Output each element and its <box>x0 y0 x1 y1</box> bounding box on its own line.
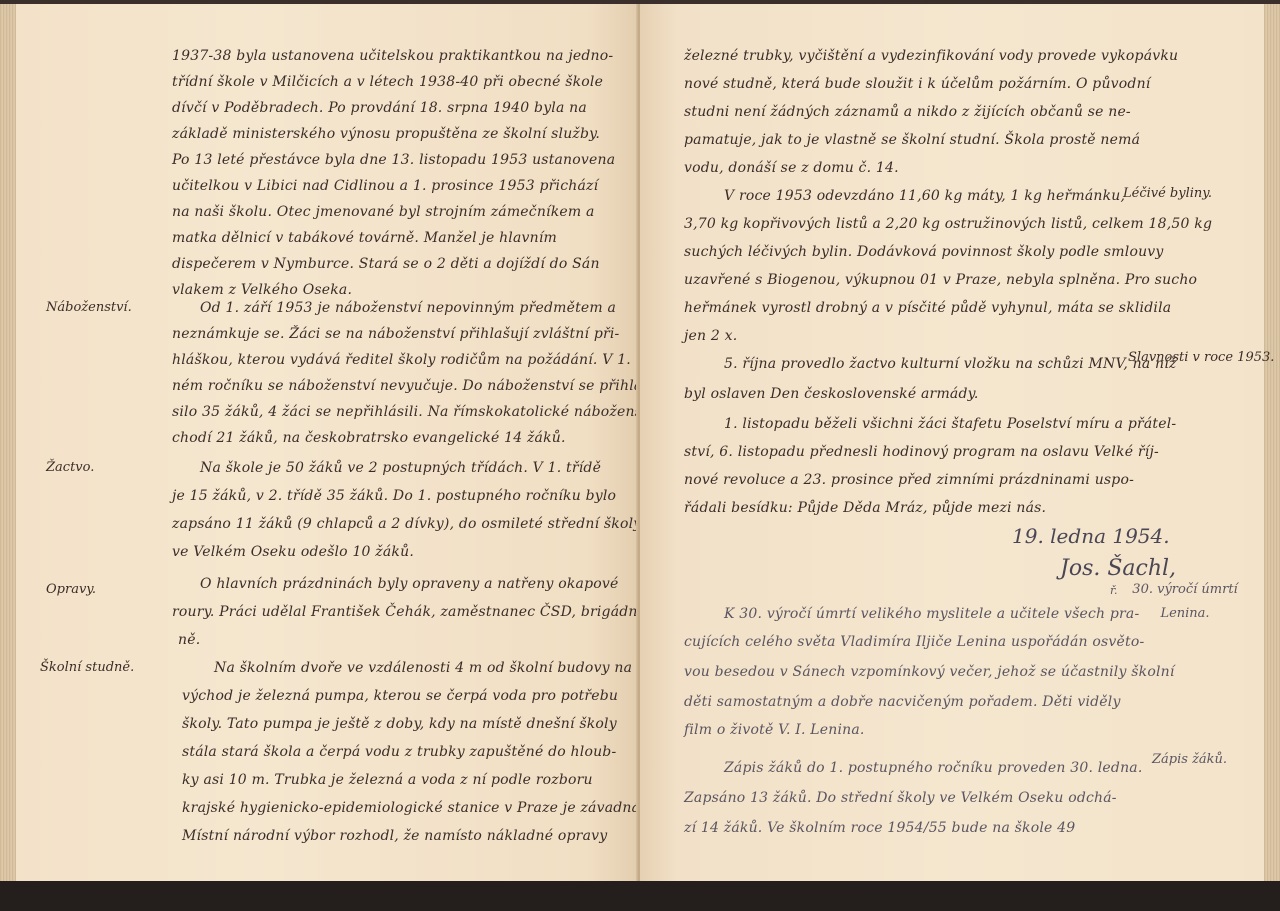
text-line: ném ročníku se náboženství nevyučuje. Do… <box>172 378 647 394</box>
text-line: je 15 žáků, v 2. třídě 35 žáků. Do 1. po… <box>172 488 616 504</box>
text-line: ně. <box>178 632 200 648</box>
margin-note-opravy: Opravy. <box>46 582 96 597</box>
left-page-edge <box>0 4 16 882</box>
text-line: železné trubky, vyčištění a vydezinfikov… <box>684 48 1178 64</box>
margin-note-vyroci-lenin: 30. výročí úmrtí Lenina. <box>1130 578 1240 626</box>
text-line: uzavřené s Biogenou, výkupnou 01 v Praze… <box>684 272 1197 288</box>
left-page: Náboženství. Žactvo. Opravy. Školní stud… <box>0 4 638 882</box>
text-line: ky asi 10 m. Trubka je železná a voda z … <box>182 772 593 788</box>
text-line: nové studně, která bude sloužit i k účel… <box>684 76 1150 92</box>
text-line: dispečerem v Nymburce. Stará se o 2 děti… <box>172 256 600 272</box>
text-line: školy. Tato pumpa je ještě z doby, kdy n… <box>182 716 617 732</box>
text-line: děti samostatným a dobře nacvičeným pořa… <box>684 694 1121 710</box>
text-line: krajské hygienicko-epidemiologické stani… <box>182 800 645 816</box>
text-line: řádali besídku: Půjde Děda Mráz, půjde m… <box>684 500 1046 516</box>
text-line: Na školním dvoře ve vzdálenosti 4 m od š… <box>214 660 632 676</box>
text-line: pamatuje, jak to je vlastně se školní st… <box>684 132 1140 148</box>
text-line: východ je železná pumpa, kterou se čerpá… <box>182 688 618 704</box>
text-line: třídní škole v Milčicích a v létech 1938… <box>172 74 603 90</box>
text-line: zapsáno 11 žáků (9 chlapců a 2 dívky), d… <box>172 516 641 532</box>
text-line: učitelkou v Libici nad Cidlinou a 1. pro… <box>172 178 598 194</box>
margin-note-zapis-zaku: Zápis žáků. <box>1152 752 1227 767</box>
margin-note-skolni-studne: Školní studně. <box>40 660 134 675</box>
text-line: chodí 21 žáků, na českobratrsko evangeli… <box>172 430 566 446</box>
text-line: silo 35 žáků, 4 žáci se nepřihlásili. Na… <box>172 404 661 420</box>
text-line: Zápis žáků do 1. postupného ročníku prov… <box>724 760 1143 776</box>
text-line: Po 13 leté přestávce byla dne 13. listop… <box>172 152 615 168</box>
text-line: K 30. výročí úmrtí velikého myslitele a … <box>724 606 1139 622</box>
text-line: základě ministerského výnosu propuštěna … <box>172 126 600 142</box>
entry-date: 19. ledna 1954. <box>1012 524 1170 548</box>
text-line: roury. Práci udělal František Čehák, zam… <box>172 604 651 620</box>
right-page: železné trubky, vyčištění a vydezinfikov… <box>640 4 1280 882</box>
text-line: ství, 6. listopadu přednesli hodinový pr… <box>684 444 1159 460</box>
text-line: na naši školu. Otec jmenované byl strojn… <box>172 204 595 220</box>
right-page-edge <box>1264 4 1280 882</box>
text-line: Místní národní výbor rozhodl, že namísto… <box>182 828 607 844</box>
text-line: dívčí v Poděbradech. Po provdání 18. srp… <box>172 100 587 116</box>
margin-note-lecive-byliny: Léčivé byliny. <box>1123 186 1212 201</box>
text-line: hláškou, kterou vydává ředitel školy rod… <box>172 352 690 368</box>
text-line: jen 2 x. <box>684 328 737 344</box>
text-line: 5. října provedlo žactvo kulturní vložku… <box>724 356 1177 372</box>
text-line: Zapsáno 13 žáků. Do střední školy ve Vel… <box>684 790 1117 806</box>
book-bottom-shadow <box>0 881 1280 911</box>
text-line: ve Velkém Oseku odešlo 10 žáků. <box>172 544 414 560</box>
text-line: matka dělnicí v tabákové továrně. Manžel… <box>172 230 557 246</box>
text-line: Od 1. září 1953 je náboženství nepovinný… <box>200 300 616 316</box>
text-line: byl oslaven Den československé armády. <box>684 386 979 402</box>
text-line: nové revoluce a 23. prosince před zimním… <box>684 472 1134 488</box>
text-line: O hlavních prázdninách byly opraveny a n… <box>200 576 618 592</box>
text-line: stála stará škola a čerpá vodu z trubky … <box>182 744 616 760</box>
text-line: neznámkuje se. Žáci se na náboženství př… <box>172 326 620 342</box>
text-line: vou besedou v Sánech vzpomínkový večer, … <box>684 664 1175 680</box>
text-line: vodu, donáší se z domu č. 14. <box>684 160 899 176</box>
text-line: 3,70 kg kopřivových listů a 2,20 kg ostr… <box>684 216 1212 232</box>
text-line: suchých léčivých bylin. Dodávková povinn… <box>684 244 1164 260</box>
text-line: Na škole je 50 žáků ve 2 postupných tříd… <box>200 460 601 476</box>
book-spread: Náboženství. Žactvo. Opravy. Školní stud… <box>0 0 1280 911</box>
text-line: cujících celého světa Vladimíra Iljiče L… <box>684 634 1144 650</box>
signature-title: ř. <box>1110 584 1118 597</box>
text-line: vlakem z Velkého Oseka. <box>172 282 352 298</box>
text-line: studni není žádných záznamů a nikdo z ži… <box>684 104 1131 120</box>
text-line: 1. listopadu běželi všichni žáci štafetu… <box>724 416 1176 432</box>
text-line: 1937-38 byla ustanovena učitelskou prakt… <box>172 48 613 64</box>
text-line: film o životě V. I. Lenina. <box>684 722 865 738</box>
text-line: heřmánek vyrostl drobný a v písčité půdě… <box>684 300 1171 316</box>
text-line: V roce 1953 odevzdáno 11,60 kg máty, 1 k… <box>724 188 1125 204</box>
text-line: zí 14 žáků. Ve školním roce 1954/55 bude… <box>684 820 1075 836</box>
margin-note-zactvo: Žactvo. <box>46 460 94 475</box>
margin-note-nabozenstvi: Náboženství. <box>46 300 132 315</box>
